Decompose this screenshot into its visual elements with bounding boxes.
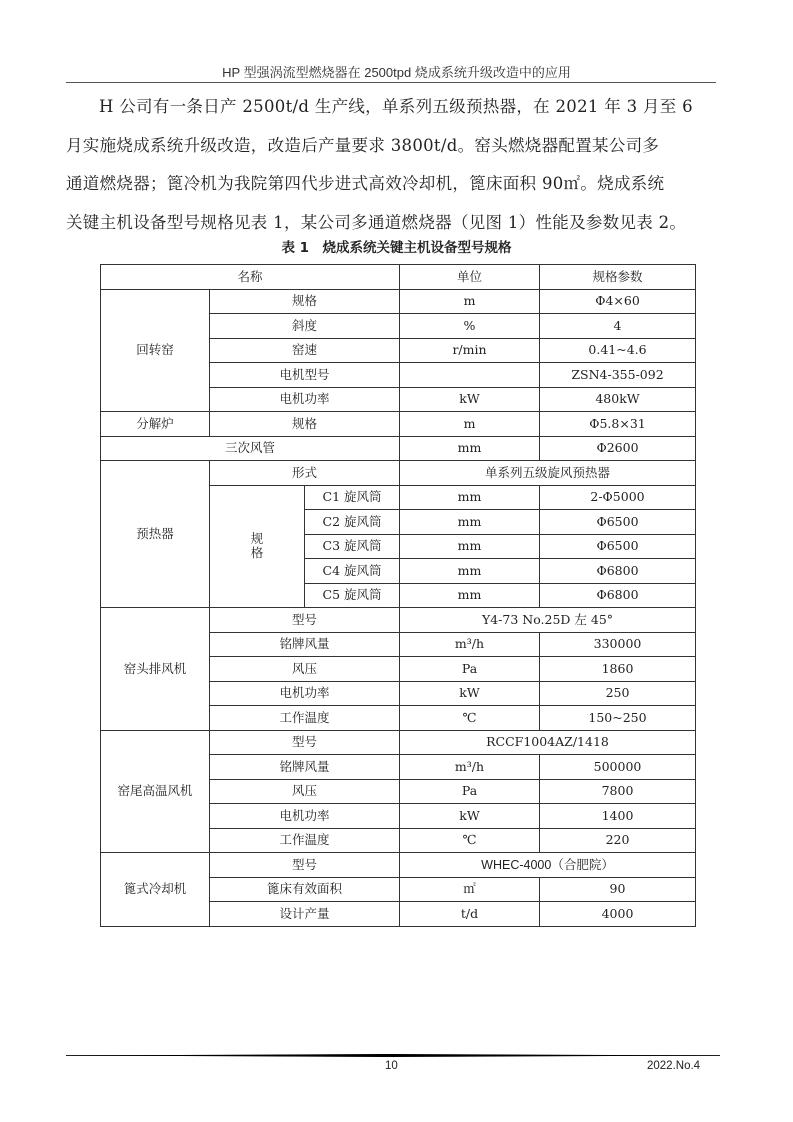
unit-cell: m: [400, 412, 540, 437]
item-cell: 风压: [210, 657, 400, 682]
group-kiln-tail-fan: 窑尾高温风机: [101, 730, 210, 853]
value-cell: 330000: [540, 632, 696, 657]
value-cell: RCCF1004AZ/1418: [400, 730, 696, 755]
unit-cell: t/d: [400, 902, 540, 927]
value-cell: 1860: [540, 657, 696, 682]
value-cell: 1400: [540, 804, 696, 829]
item-cell: 设计产量: [210, 902, 400, 927]
value-cell: Φ6800: [540, 583, 696, 608]
group-rotary-kiln: 回转窑: [101, 289, 210, 412]
item-cell: 电机型号: [210, 363, 400, 388]
header-spec: 规格参数: [540, 265, 696, 290]
item-cell: 窑速: [210, 338, 400, 363]
item-cell: 型号: [210, 853, 400, 878]
table-header-row: 名称 单位 规格参数: [101, 265, 696, 290]
item-cell: 工作温度: [210, 828, 400, 853]
item-cell: 型号: [210, 730, 400, 755]
table-row: 窑尾高温风机 型号 RCCF1004AZ/1418: [101, 730, 696, 755]
item-cell: 篦床有效面积: [210, 877, 400, 902]
unit-cell: Pa: [400, 779, 540, 804]
unit-cell: %: [400, 314, 540, 339]
table-row: 预热器 形式 单系列五级旋风预热器: [101, 461, 696, 486]
unit-cell: mm: [400, 534, 540, 559]
group-kiln-head-fan: 窑头排风机: [101, 608, 210, 731]
value-cell: Φ5.8×31: [540, 412, 696, 437]
item-cell: 斜度: [210, 314, 400, 339]
unit-cell: r/min: [400, 338, 540, 363]
unit-cell: ㎡: [400, 877, 540, 902]
item-cell: C3 旋风筒: [305, 534, 400, 559]
issue-label: 2022.No.4: [647, 1060, 700, 1072]
running-header: HP 型强涡流型燃烧器在 2500tpd 烧成系统升级改造中的应用: [0, 62, 793, 81]
unit-cell: Pa: [400, 657, 540, 682]
header-name: 名称: [101, 265, 400, 290]
value-cell: 150~250: [540, 706, 696, 731]
value-cell: 4: [540, 314, 696, 339]
item-cell: 形式: [210, 461, 400, 486]
value-cell: 单系列五级旋风预热器: [400, 461, 696, 486]
header-unit: 单位: [400, 265, 540, 290]
unit-cell: ℃: [400, 828, 540, 853]
paragraph-line: 月实施烧成系统升级改造，改造后产量要求 3800t/d。窑头燃烧器配置某公司多: [66, 127, 721, 166]
value-cell: Φ4×60: [540, 289, 696, 314]
table-row: 分解炉 规格 m Φ5.8×31: [101, 412, 696, 437]
value-cell: 250: [540, 681, 696, 706]
unit-cell: kW: [400, 681, 540, 706]
item-cell: C1 旋风筒: [305, 485, 400, 510]
item-cell: 型号: [210, 608, 400, 633]
page-number: 10: [385, 1060, 398, 1072]
value-cell: 500000: [540, 755, 696, 780]
item-cell: 规格: [210, 412, 400, 437]
unit-cell: mm: [400, 510, 540, 535]
item-cell: 规格: [210, 289, 400, 314]
value-cell: 7800: [540, 779, 696, 804]
table-row: 三次风管 mm Φ2600: [101, 436, 696, 461]
table-row: 回转窑 规格 m Φ4×60: [101, 289, 696, 314]
unit-cell: kW: [400, 387, 540, 412]
body-paragraph: H 公司有一条日产 2500t/d 生产线，单系列五级预热器，在 2021 年 …: [66, 88, 721, 242]
item-cell: 电机功率: [210, 387, 400, 412]
unit-cell: mm: [400, 436, 540, 461]
value-cell: 4000: [540, 902, 696, 927]
value-cell: WHEC-4000（合肥院）: [400, 853, 696, 878]
spec-label-vertical: 规 格: [210, 485, 305, 608]
unit-cell: ℃: [400, 706, 540, 731]
group-grate-cooler: 篦式冷却机: [101, 853, 210, 927]
item-cell: 电机功率: [210, 804, 400, 829]
value-cell: Φ6500: [540, 534, 696, 559]
unit-cell: mm: [400, 485, 540, 510]
header-divider: [66, 82, 716, 83]
equipment-spec-table: 名称 单位 规格参数 回转窑 规格 m Φ4×60 斜度 % 4 窑速 r/mi…: [100, 264, 696, 927]
value-cell: 480kW: [540, 387, 696, 412]
group-calciner: 分解炉: [101, 412, 210, 437]
item-cell: 铭牌风量: [210, 632, 400, 657]
table-row: 篦式冷却机 型号 WHEC-4000（合肥院）: [101, 853, 696, 878]
paragraph-line: 通道燃烧器；篦冷机为我院第四代步进式高效冷却机，篦床面积 90㎡。烧成系统: [66, 165, 721, 204]
spec-label-char: 格: [210, 546, 304, 560]
item-cell: C2 旋风筒: [305, 510, 400, 535]
unit-cell: m³/h: [400, 632, 540, 657]
value-cell: Φ2600: [540, 436, 696, 461]
value-cell: ZSN4-355-092: [540, 363, 696, 388]
value-cell: 0.41~4.6: [540, 338, 696, 363]
table-row: 窑头排风机 型号 Y4-73 No.25D 左 45°: [101, 608, 696, 633]
item-cell: 风压: [210, 779, 400, 804]
unit-cell: m³/h: [400, 755, 540, 780]
unit-cell: mm: [400, 559, 540, 584]
item-cell: 电机功率: [210, 681, 400, 706]
value-cell: 2-Φ5000: [540, 485, 696, 510]
value-cell: Φ6800: [540, 559, 696, 584]
item-cell: C4 旋风筒: [305, 559, 400, 584]
unit-cell: mm: [400, 583, 540, 608]
group-preheater: 预热器: [101, 461, 210, 608]
item-tertiary-duct: 三次风管: [101, 436, 400, 461]
table-caption: 表 1 烧成系统关键主机设备型号规格: [0, 236, 793, 256]
item-cell: C5 旋风筒: [305, 583, 400, 608]
value-cell: 90: [540, 877, 696, 902]
item-cell: 铭牌风量: [210, 755, 400, 780]
unit-cell: [400, 363, 540, 388]
value-cell: Y4-73 No.25D 左 45°: [400, 608, 696, 633]
spec-label-char: 规: [210, 532, 304, 546]
value-cell: 220: [540, 828, 696, 853]
unit-cell: m: [400, 289, 540, 314]
value-cell: Φ6500: [540, 510, 696, 535]
unit-cell: kW: [400, 804, 540, 829]
paragraph-line: H 公司有一条日产 2500t/d 生产线，单系列五级预热器，在 2021 年 …: [66, 88, 721, 127]
item-cell: 工作温度: [210, 706, 400, 731]
